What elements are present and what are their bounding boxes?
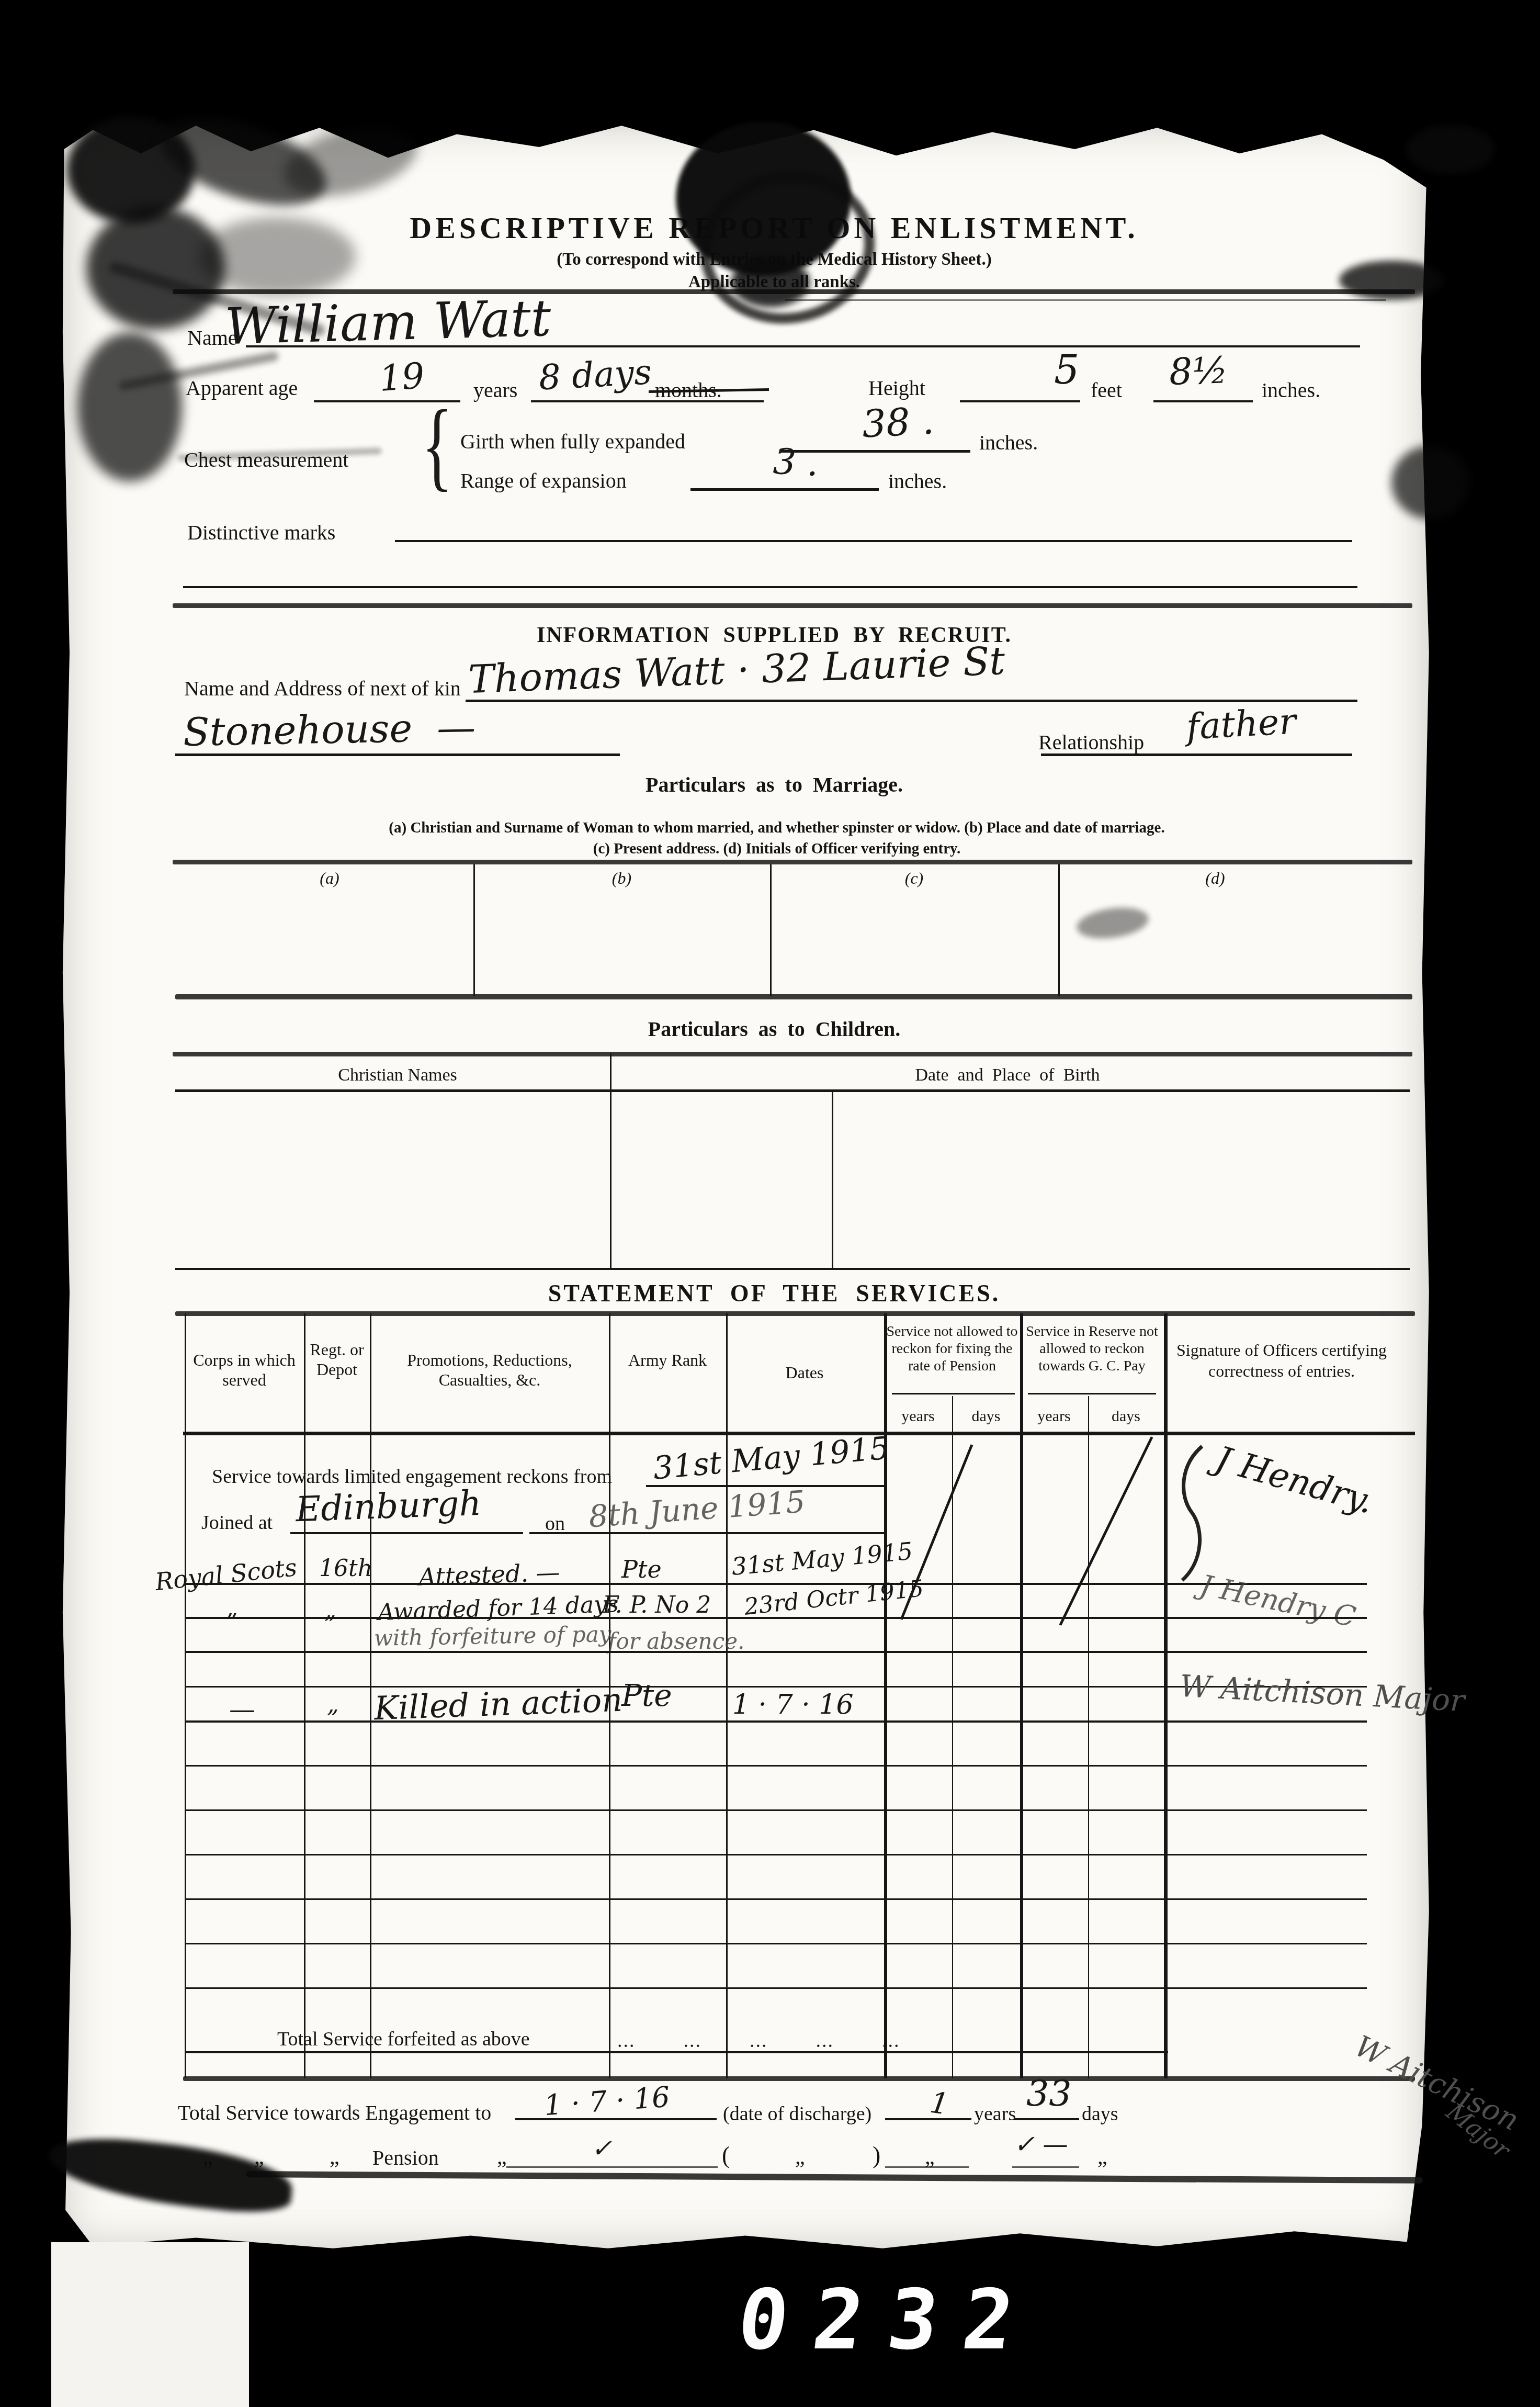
footer-white-card [51,2242,249,2407]
rule-expansion [690,488,879,491]
children-table-bottom [175,1268,1410,1270]
marriage-div-1 [473,864,475,996]
services-col-rank: Army Rank [612,1350,723,1370]
blank-row-rule-4 [185,1898,1367,1900]
pension-ditto-4: „ [497,2144,507,2169]
recruit-heading: INFORMATION SUPPLIED BY RECRUIT. [183,623,1365,648]
pension-days-label: days [952,1408,1020,1425]
expansion-label: Range of expansion [460,468,627,493]
blank-row-rule-3 [185,1854,1367,1855]
services-col-promotions: Promotions, Reductions, Casualties, &c. [374,1350,605,1390]
services-vline-left [185,1313,186,2078]
marriage-note-1: (a) Christian and Surname of Woman to wh… [220,819,1334,837]
services-col-signature: Signature of Officers certifying correct… [1172,1340,1391,1381]
scanned-enlistment-record: { "page": { "serial": "0232" }, "header"… [0,0,1540,2407]
row2-promo-line2: with forfeiture of pay [374,1621,612,1651]
ink-mark-topright-2 [1339,261,1444,300]
services-table-bottom [183,2076,1415,2081]
row2-rank-line2: for absence. [608,1628,744,1654]
children-div-2 [832,1091,833,1269]
row3-rank: Pte [621,1678,672,1713]
marriage-col-c: (c) [770,869,1058,888]
blank-row-rule-1 [185,1765,1367,1767]
services-vline-2 [370,1313,371,2078]
children-header-rule [175,1089,1410,1092]
children-heading: Particulars as to Children. [183,1017,1365,1041]
rule-engagement-years [885,2118,971,2120]
services-vline-pension-l [884,1313,887,2078]
row1-promo: Attested. — [418,1558,560,1591]
marriage-heading: Particulars as to Marriage. [183,772,1365,797]
rule-name [246,345,1360,347]
children-table-top [173,1052,1412,1056]
rule-pension-1 [506,2166,718,2168]
apparent-age-years-value: 19 [378,355,426,400]
rule-age-days [531,400,764,402]
girth-unit: inches. [979,430,1038,455]
pension-paren-close: ) [873,2141,880,2169]
row1-rank: Pte [621,1555,662,1583]
row2-rule [185,1617,1367,1619]
services-vline-signature [1164,1313,1168,2078]
rule-inches [1153,400,1253,402]
forfeited-rule [185,2051,1168,2053]
rule-engagement-date [515,2118,717,2120]
children-div-1 [610,1053,612,1268]
height-feet-value: 5 [1054,346,1079,393]
services-col-regt: Regt. or Depot [307,1340,367,1380]
joined-at-label: Joined at [201,1511,273,1534]
children-col-names: Christian Names [186,1065,609,1085]
pension-ditto-6: „ [925,2144,935,2169]
expansion-unit: inches. [888,469,947,493]
marriage-div-2 [770,864,772,996]
marriage-col-d: (d) [1058,869,1372,888]
chest-brace: { [422,388,452,502]
row3-regt: „ [327,1691,339,1718]
row3-rule [185,1720,1367,1723]
engagement-label: Total Service towards Engagement to [178,2100,491,2125]
rule-section-divider [173,603,1412,608]
girth-label: Girth when fully expanded [460,429,685,454]
ink-smear-topleft-5 [199,217,356,296]
row2-regt: „ [324,1597,336,1624]
pension-ditto-3: „ [330,2144,339,2169]
row1-regt: 16th [319,1555,372,1582]
services-table-top [175,1311,1415,1316]
children-col-birth: Date and Place of Birth [610,1065,1405,1085]
reserve-days-label: days [1088,1408,1164,1425]
forfeited-label: Total Service forfeited as above [277,2028,530,2051]
apparent-age-days-value: 8 days [538,352,652,398]
pension-subrule [892,1393,1015,1394]
height-label: Height [868,376,925,400]
pension-check-2: ✓ — [1014,2130,1068,2159]
row2b-rule [185,1651,1367,1653]
inches-word: inches. [1262,378,1320,402]
marriage-col-a: (a) [186,869,473,888]
services-col-dates: Dates [728,1363,881,1382]
joined-place-value: Edinburgh [295,1483,482,1529]
discharge-label: (date of discharge) [723,2102,871,2125]
pension-ditto-5: „ [795,2144,805,2169]
services-vline-reserve-l [1020,1313,1023,2078]
marriage-table-bottom [175,994,1412,999]
blank-row-rule-6 [185,1987,1367,1989]
girth-value: 38 . [861,398,935,446]
rule-blank-1 [183,586,1357,588]
services-vline-pension-m [952,1396,953,2078]
services-vline-4 [726,1313,728,2078]
pension-ditto-7: „ [1097,2144,1107,2169]
rule-pension-3 [1012,2166,1079,2168]
services-heading: STATEMENT OF THE SERVICES. [183,1279,1365,1307]
kin-value-line2: Stonehouse — [183,705,476,755]
engagement-years-word: years [974,2102,1016,2125]
relationship-value: father [1185,701,1297,748]
services-vline-1 [304,1313,305,2078]
rule-engagement-days [1014,2118,1079,2120]
rule-joined-1 [290,1532,523,1534]
row1-rule [185,1583,1367,1585]
frame-counter: 0232 [733,2272,1044,2368]
services-col-corps: Corps in which served [187,1350,301,1390]
height-inches-value: 8½ [1169,348,1229,393]
rule-marks [395,540,1352,542]
ink-mark-right-edge [1391,446,1470,519]
row2-rank: F. P. No 2 [603,1592,711,1618]
engagement-days-word: days [1082,2102,1118,2125]
signature-flourish [1175,1443,1207,1583]
marks-label: Distinctive marks [187,520,335,545]
services-col-pension: Service not allowed to reckon for fixing… [886,1323,1018,1375]
reserve-subrule [1028,1393,1156,1394]
rule-joined-2 [529,1532,887,1534]
engagement-days-value: 33 [1026,2073,1072,2114]
rule-relationship [1041,753,1352,756]
ink-mark-topright-1 [1406,125,1495,174]
kin-label: Name and Address of next of kin [184,676,461,701]
marriage-col-b: (b) [473,869,770,888]
pension-paren-open: ( [722,2141,730,2169]
ink-blot-topleft-4 [77,332,182,481]
services-vline-reserve-m [1088,1396,1089,2078]
rule-feet [960,400,1080,402]
blank-row-rule-5 [185,1943,1367,1944]
rule-kin-1 [466,700,1357,702]
marriage-table-top [173,860,1412,864]
years-word: years [473,378,517,402]
marriage-note-2: (c) Present address. (d) Initials of Off… [220,840,1334,858]
relationship-label: Relationship [1038,730,1144,755]
blank-row-rule-2 [185,1809,1367,1811]
pension-years-label: years [884,1408,952,1425]
apparent-age-label: Apparent age [186,376,298,400]
forfeited-dots: ... ... ... ... ... [617,2029,900,2052]
rule-header-thin [785,299,1386,301]
rule-kin-2 [175,753,620,756]
pension-label: Pension [372,2145,439,2170]
expansion-value: 3 . [772,441,820,485]
paper-sheet [59,119,1432,2253]
row3-date: 1 · 7 · 16 [732,1689,854,1720]
services-header-bottom [183,1432,1415,1435]
reserve-years-label: years [1020,1408,1088,1425]
marriage-div-3 [1058,864,1060,996]
services-col-reserve: Service in Reserve not allowed to reckon… [1022,1323,1162,1375]
feet-word: feet [1091,378,1122,402]
pension-check-1: ✓ [591,2134,612,2163]
